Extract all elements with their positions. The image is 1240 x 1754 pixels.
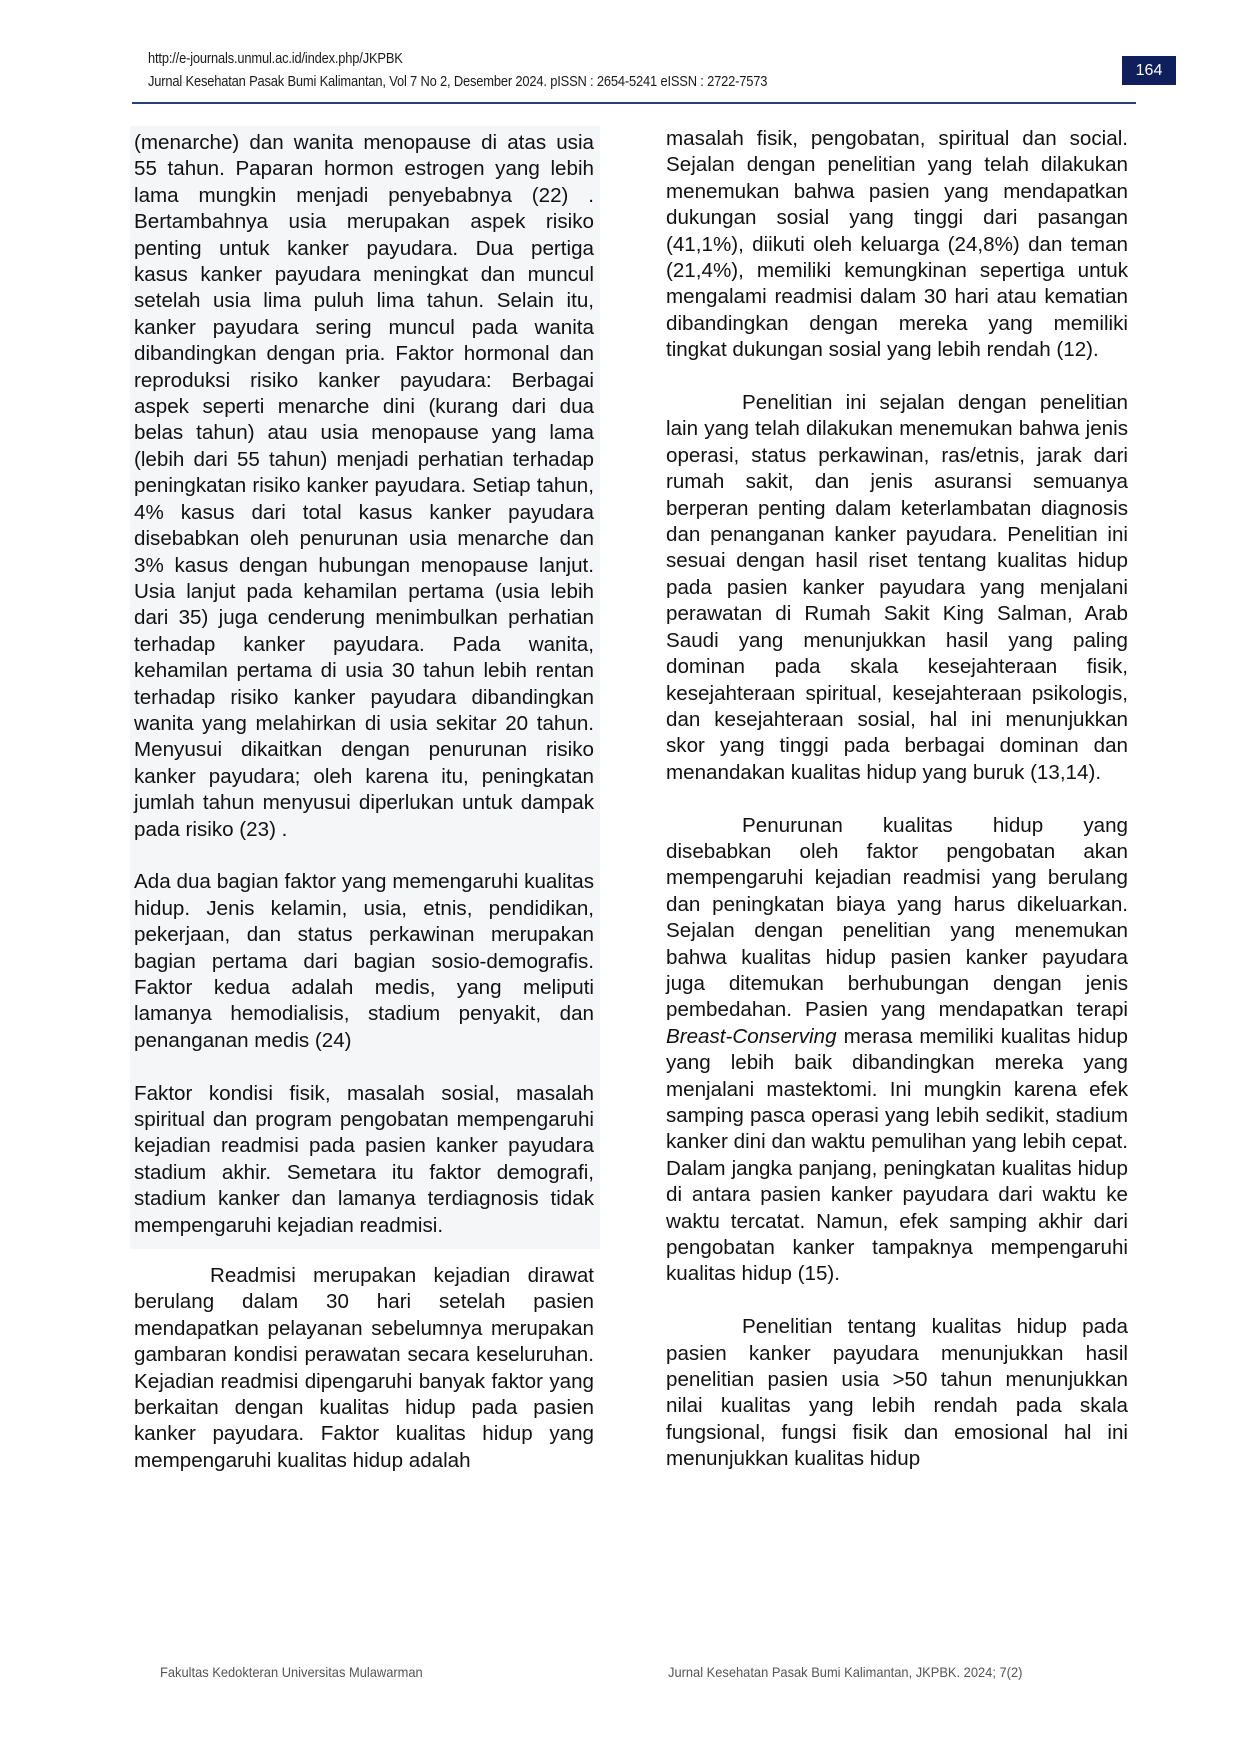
paragraph: (menarche) dan wanita menopause di atas … (134, 130, 594, 843)
journal-url[interactable]: http://e-journals.unmul.ac.id/index.php/… (148, 50, 403, 67)
shaded-text-block: (menarche) dan wanita menopause di atas … (130, 126, 600, 1249)
paragraph: Ada dua bagian faktor yang memengaruhi k… (134, 869, 594, 1054)
paragraph-text: Penurunan kualitas hidup yang disebabkan… (666, 814, 1128, 1022)
footer-institution: Fakultas Kedokteran Universitas Mulawarm… (160, 1664, 423, 1680)
footer-citation: Jurnal Kesehatan Pasak Bumi Kalimantan, … (668, 1664, 1022, 1680)
header-divider (132, 102, 1136, 104)
journal-citation-line: Jurnal Kesehatan Pasak Bumi Kalimantan, … (148, 73, 767, 90)
paragraph: masalah fisik, pengobatan, spiritual dan… (666, 126, 1128, 364)
paragraph: Penurunan kualitas hidup yang disebabkan… (666, 813, 1128, 1288)
paragraph: Penelitian tentang kualitas hidup pada p… (666, 1314, 1128, 1472)
paragraph: Penelitian ini sejalan dengan penelitian… (666, 390, 1128, 786)
right-column: masalah fisik, pengobatan, spiritual dan… (666, 126, 1128, 1473)
page-number-badge: 164 (1122, 56, 1176, 85)
paragraph: Readmisi merupakan kejadian dirawat beru… (134, 1263, 594, 1474)
italic-term: Breast-Conserving (666, 1025, 837, 1048)
paragraph-text: merasa memiliki kualitas hidup yang lebi… (666, 1025, 1128, 1286)
left-column: (menarche) dan wanita menopause di atas … (134, 126, 594, 1474)
paragraph: Faktor kondisi fisik, masalah sosial, ma… (134, 1081, 594, 1239)
